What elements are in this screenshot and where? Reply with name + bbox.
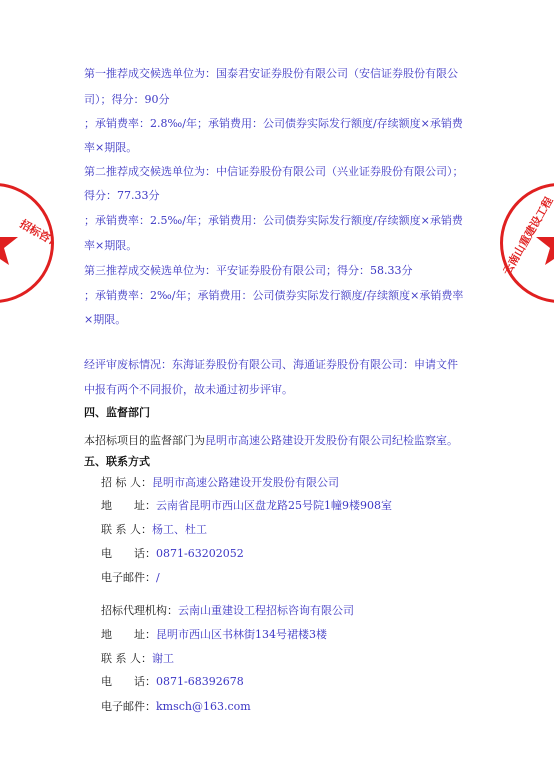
- tenderer-phone-value: 0871-63202052: [156, 547, 244, 560]
- tenderer-phone-row: 电 话：0871-63202052: [101, 547, 244, 561]
- supervision-text: 本招标项目的监督部门为昆明市高速公路建设开发股份有限公司纪检监察室。: [84, 434, 458, 448]
- third-candidate-fee-cont: ×期限。: [84, 313, 126, 327]
- agency-contact-label: 联 系 人：: [101, 652, 152, 665]
- agency-name-label: 招标代理机构：: [101, 604, 178, 617]
- agency-email-row: 电子邮件：kmsch@163.com: [101, 700, 251, 714]
- right-seal-stamp: 云南山重建设工程: [500, 183, 554, 303]
- first-candidate-fee-cont: 率×期限。: [84, 141, 137, 155]
- tenderer-contact-value: 杨工、杜工: [152, 523, 207, 536]
- tenderer-contact-label: 联 系 人：: [101, 523, 152, 536]
- agency-phone-label: 电 话：: [101, 675, 156, 688]
- tenderer-email-row: 电子邮件：/: [101, 571, 160, 585]
- agency-phone-row: 电 话：0871-68392678: [101, 675, 244, 689]
- star-icon: 招标咨询有限公司: [0, 186, 51, 300]
- tenderer-email-value: /: [156, 571, 160, 584]
- second-candidate-score: 得分：77.33分: [84, 189, 160, 203]
- rejected-bids-line-1: 经评审废标情况：东海证券股份有限公司、海通证券股份有限公司：申请文件: [84, 358, 458, 372]
- rejected-bids-line-2: 中报有两个不同报价，故未通过初步评审。: [84, 383, 293, 397]
- tenderer-name-label: 招 标 人：: [101, 476, 152, 489]
- agency-name-row: 招标代理机构：云南山重建设工程招标咨询有限公司: [101, 604, 354, 618]
- agency-address-label: 地 址：: [101, 628, 156, 641]
- supervision-prefix: 本招标项目的监督部门为: [84, 434, 205, 447]
- star-icon: 云南山重建设工程: [503, 186, 554, 300]
- agency-email-value: kmsch@163.com: [156, 700, 251, 713]
- tenderer-address-label: 地 址：: [101, 499, 156, 512]
- third-candidate-fee: ；承销费率：2‰/年；承销费用：公司债券实际发行额度/存续额度×承销费率: [84, 289, 463, 303]
- second-candidate-fee-cont: 率×期限。: [84, 239, 137, 253]
- first-candidate-line-1: 第一推荐成交候选单位为：国泰君安证券股份有限公司（安信证券股份有限公: [84, 67, 458, 81]
- svg-text:招标咨询有限公司: 招标咨询有限公司: [17, 216, 51, 273]
- agency-name-value: 云南山重建设工程招标咨询有限公司: [178, 604, 354, 617]
- first-candidate-score: 司）；得分：90分: [84, 93, 170, 107]
- second-candidate-line-1: 第二推荐成交候选单位为：中信证券股份有限公司（兴业证券股份有限公司）；: [84, 165, 464, 179]
- svg-text:云南山重建设工程: 云南山重建设工程: [503, 194, 554, 277]
- tenderer-phone-label: 电 话：: [101, 547, 156, 560]
- supervision-department: 昆明市高速公路建设开发股份有限公司纪检监察室。: [205, 434, 458, 447]
- agency-address-row: 地 址：昆明市西山区书林街134号裙楼3楼: [101, 628, 327, 642]
- tenderer-contact-row: 联 系 人：杨工、杜工: [101, 523, 207, 537]
- second-candidate-fee: ；承销费率：2.5‰/年；承销费用：公司债券实际发行额度/存续额度×承销费: [84, 214, 463, 228]
- third-candidate-line-1: 第三推荐成交候选单位为：平安证券股份有限公司；得分：58.33分: [84, 264, 413, 278]
- agency-contact-row: 联 系 人：谢工: [101, 652, 174, 666]
- tenderer-name-row: 招 标 人：昆明市高速公路建设开发股份有限公司: [101, 476, 339, 490]
- agency-phone-value: 0871-68392678: [156, 675, 244, 688]
- tenderer-email-label: 电子邮件：: [101, 571, 156, 584]
- tenderer-address-row: 地 址：云南省昆明市西山区盘龙路25号院1幢9楼908室: [101, 499, 392, 513]
- tenderer-address-value: 云南省昆明市西山区盘龙路25号院1幢9楼908室: [156, 499, 392, 512]
- section-4-heading: 四、监督部门: [84, 406, 150, 420]
- section-5-heading: 五、联系方式: [84, 455, 150, 469]
- tenderer-name-value: 昆明市高速公路建设开发股份有限公司: [152, 476, 339, 489]
- left-seal-stamp: 招标咨询有限公司: [0, 183, 54, 303]
- first-candidate-fee: ；承销费率：2.8‰/年；承销费用：公司债券实际发行额度/存续额度×承销费: [84, 117, 463, 131]
- agency-address-value: 昆明市西山区书林街134号裙楼3楼: [156, 628, 327, 641]
- agency-email-label: 电子邮件：: [101, 700, 156, 713]
- agency-contact-value: 谢工: [152, 652, 174, 665]
